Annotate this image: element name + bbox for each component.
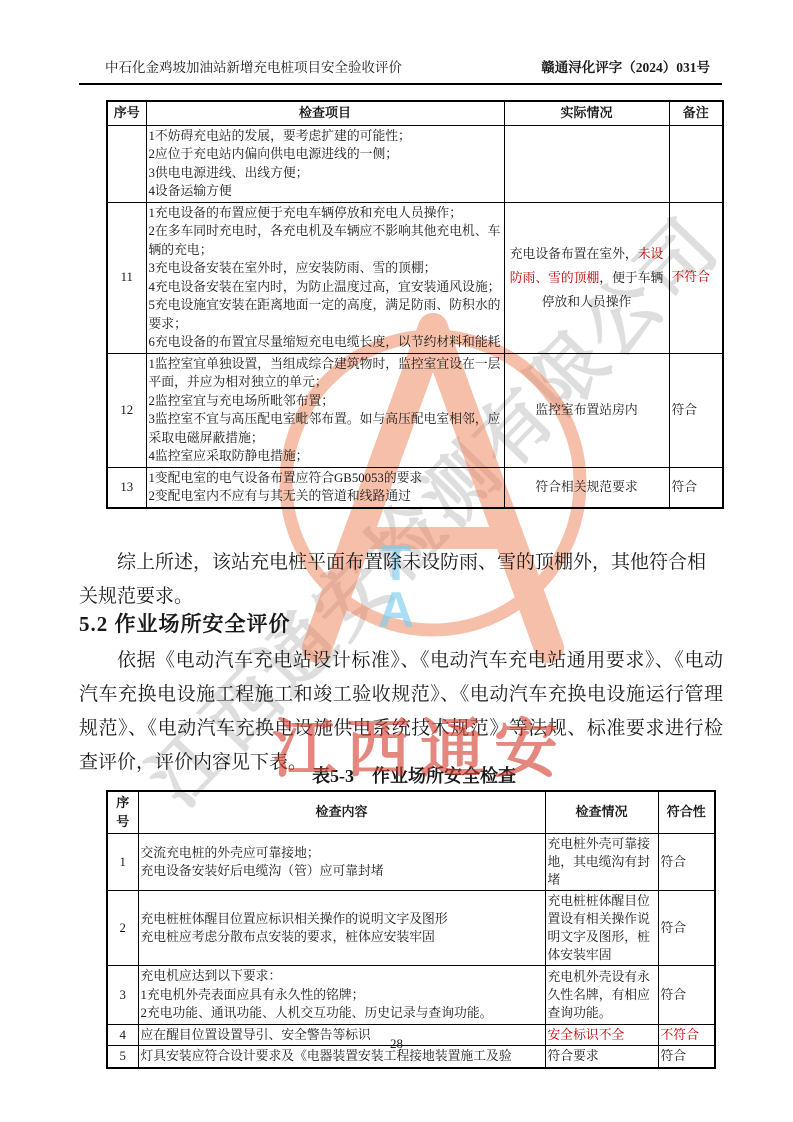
col-header-remark: 备注 [669,101,723,125]
row-number-cell: 1 [107,834,138,891]
col-header-no: 序号 [107,101,146,125]
situation-cell: 充电设备布置在室外，未设防雨、雪的顶棚，便于车辆停放和人员操作 [504,202,669,353]
text-segment: 符合 [661,921,687,935]
remark-cell [669,125,723,202]
check-item-line: 2应位于充电站内偏向供电电源进线的一侧； [149,145,502,164]
table-row: 2充电桩桩体醒目位置应标识相关操作的说明文字及图形充电桩应考虑分散布点安装的要求… [107,891,715,966]
check-item-line: 充电桩应考虑分散布点安装的要求，桩体应安装牢固 [141,928,543,947]
text-segment: 充电设备布置在室外， [510,247,638,261]
check-item-line: 交流充电桩的外壳应可靠接地； [141,844,543,863]
check-item-cell: 1监控室宜单独设置，当组成综合建筑物时，监控室宜设在一层平面，并应为相对独立的单… [146,353,504,467]
table-row: 111充电设备的布置应便于充电车辆停放和充电人员操作；2在多车同时充电时，各充电… [107,202,723,353]
text-segment: 充电桩外壳可靠接地，其电缆沟有封堵 [548,837,650,887]
text-segment: 符合 [672,403,698,417]
summary-paragraph: 综上所述，该站充电桩平面布置除未设防雨、雪的顶棚外，其他符合相关规范要求。 [79,546,723,614]
check-item-line: 4设备运输方便 [149,182,502,201]
row-number-cell: 2 [107,891,138,966]
col-header-actual: 实际情况 [504,101,669,125]
check-item-line: 2监控室宜与充电场所毗邻布置； [149,392,502,411]
row-number-cell: 11 [107,202,146,353]
worksite-safety-check-table: 序号 检查内容 检查情况 符合性 1交流充电桩的外壳应可靠接地；充电设备安装好后… [106,790,716,1069]
text-segment: 不符合 [672,270,710,284]
situation-cell: 监控室布置站房内 [504,353,669,467]
remark-cell: 符合 [658,891,715,966]
table-caption: 表5-3 作业场所安全检查 [106,762,722,788]
text-segment: 充电桩桩体醒目位置设有相关操作说明文字及图形，桩体安装牢固 [548,894,650,962]
plan-layout-check-table: 序号 检查项目 实际情况 备注 1不妨碍充电站的发展，要考虑扩建的可能性；2应位… [106,100,724,509]
table-header-row: 序号 检查项目 实际情况 备注 [107,101,723,125]
document-page: 江西通安检测有限公司 T A 江西通安 中石化金鸡坡加油站新增充电桩项目安全验收… [0,0,793,1122]
row-number-cell [107,125,146,202]
check-item-line: 充电机应达到以下要求： [141,967,543,986]
text-segment: 符合相关规范要求 [535,480,637,494]
text-segment: 符合 [661,988,687,1002]
table-row: 3充电机应达到以下要求：1充电机外壳表面应具有永久性的铭牌；2充电功能、通讯功能… [107,966,715,1025]
situation-cell: 充电机外壳设有永久性名牌，有相应查询功能。 [545,966,658,1025]
check-item-cell: 充电机应达到以下要求：1充电机外壳表面应具有永久性的铭牌；2充电功能、通讯功能、… [138,966,545,1025]
check-item-line: 4充电设备安装在室内时，为防止温度过高，宜安装通风设施； [149,278,502,297]
check-item-line: 2充电功能、通讯功能、人机交互功能、历史记录与查询功能。 [141,1004,543,1023]
check-item-cell: 充电桩桩体醒目位置应标识相关操作的说明文字及图形充电桩应考虑分散布点安装的要求，… [138,891,545,966]
basis-paragraph: 依据《电动汽车充电站设计标准》、《电动汽车充电站通用要求》、《电动汽车充换电设施… [79,644,723,780]
table-header-row: 序号 检查内容 检查情况 符合性 [107,791,715,834]
text-segment: 符合 [672,480,698,494]
col-header-check-item: 检查项目 [146,101,504,125]
check-item-line: 充电设备安装好后电缆沟（管）应可靠封堵 [141,862,543,881]
table-row: 131变配电室的电气设备布置应符合GB50053的要求2变配电室内不应有与其无关… [107,467,723,508]
remark-cell: 符合 [658,966,715,1025]
col-header-conformity: 符合性 [658,791,715,834]
check-item-line: 2变配电室内不应有与其无关的管道和线路通过 [149,487,502,506]
header-doc-number: 赣通浔化评字（2024）031号 [541,56,710,76]
remark-cell: 符合 [669,467,723,508]
check-item-line: 6充电设备的布置宜尽量缩短充电电缆长度，以节约材料和能耗 [149,333,502,352]
check-item-line: 3监控室不宜与高压配电室毗邻布置。如与高压配电室相邻，应采取电磁屏蔽措施； [149,410,502,447]
situation-cell: 充电桩外壳可靠接地，其电缆沟有封堵 [545,834,658,891]
col-header-no: 序号 [107,791,138,834]
text-segment: 监控室布置站房内 [535,403,637,417]
section-heading: 5.2 作业场所安全评价 [79,608,291,638]
page-content: 中石化金鸡坡加油站新增充电桩项目安全验收评价 赣通浔化评字（2024）031号 … [0,0,793,1122]
check-item-line: 1充电设备的布置应便于充电车辆停放和充电人员操作； [149,204,502,223]
check-item-line: 1充电机外壳表面应具有永久性的铭牌； [141,986,543,1005]
page-number: 28 [0,1036,793,1052]
table-row: 1交流充电桩的外壳应可靠接地；充电设备安装好后电缆沟（管）应可靠封堵充电桩外壳可… [107,834,715,891]
header-title: 中石化金鸡坡加油站新增充电桩项目安全验收评价 [105,56,402,76]
check-item-cell: 1变配电室的电气设备布置应符合GB50053的要求2变配电室内不应有与其无关的管… [146,467,504,508]
col-header-check-content: 检查内容 [138,791,545,834]
check-item-cell: 1充电设备的布置应便于充电车辆停放和充电人员操作；2在多车同时充电时，各充电机及… [146,202,504,353]
table-row: 1不妨碍充电站的发展，要考虑扩建的可能性；2应位于充电站内偏向供电电源进线的一侧… [107,125,723,202]
check-item-line: 1变配电室的电气设备布置应符合GB50053的要求 [149,469,502,488]
situation-cell [504,125,669,202]
row-number-cell: 12 [107,353,146,467]
text-segment: 符合 [661,855,687,869]
situation-cell: 充电桩桩体醒目位置设有相关操作说明文字及图形，桩体安装牢固 [545,891,658,966]
check-item-line: 5充电设施宜安装在距离地面一定的高度，满足防雨、防积水的要求； [149,296,502,333]
row-number-cell: 13 [107,467,146,508]
check-item-cell: 交流充电桩的外壳应可靠接地；充电设备安装好后电缆沟（管）应可靠封堵 [138,834,545,891]
check-item-line: 3供电电源进线、出线方便； [149,164,502,183]
remark-cell: 符合 [669,353,723,467]
check-item-line: 1监控室宜单独设置，当组成综合建筑物时，监控室宜设在一层平面，并应为相对独立的单… [149,355,502,392]
check-item-line: 2在多车同时充电时，各充电机及车辆应不影响其他充电机、车辆的充电； [149,222,502,259]
remark-cell: 不符合 [669,202,723,353]
check-item-line: 1不妨碍充电站的发展，要考虑扩建的可能性； [149,127,502,146]
col-header-check-status: 检查情况 [545,791,658,834]
check-item-line: 3充电设备安装在室外时，应安装防雨、雪的顶棚； [149,259,502,278]
check-item-line: 4监控室应采取防静电措施； [149,447,502,466]
row-number-cell: 3 [107,966,138,1025]
check-item-cell: 1不妨碍充电站的发展，要考虑扩建的可能性；2应位于充电站内偏向供电电源进线的一侧… [146,125,504,202]
text-segment: 充电机外壳设有永久性名牌，有相应查询功能。 [548,970,650,1020]
table-row: 121监控室宜单独设置，当组成综合建筑物时，监控室宜设在一层平面，并应为相对独立… [107,353,723,467]
remark-cell: 符合 [658,834,715,891]
check-item-line: 充电桩桩体醒目位置应标识相关操作的说明文字及图形 [141,910,543,929]
situation-cell: 符合相关规范要求 [504,467,669,508]
page-header: 中石化金鸡坡加油站新增充电桩项目安全验收评价 赣通浔化评字（2024）031号 [79,56,722,85]
